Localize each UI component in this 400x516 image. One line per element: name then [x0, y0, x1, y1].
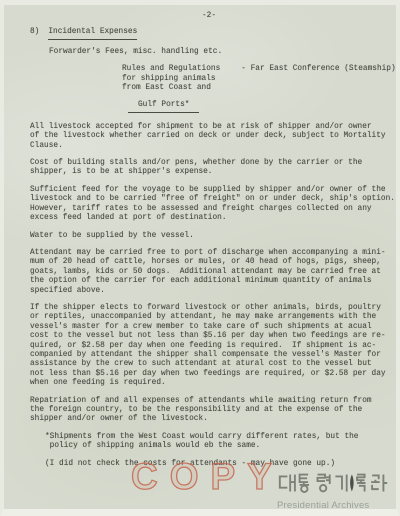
- rules-line: for shipping animals: [122, 75, 220, 84]
- rules-line: from East Coast and: [122, 84, 220, 93]
- paragraph-feed: Sufficient feed for the voyage to be sup…: [30, 186, 388, 224]
- section-title: Incidental Expenses: [48, 28, 137, 39]
- copy-stamp: COPY: [131, 458, 284, 495]
- conference-note: - Far East Conference (Steamship): [241, 65, 395, 113]
- rules-block-left: Rules and Regulations for shipping anima…: [122, 65, 220, 113]
- rules-underlined-line: Gulf Ports*: [128, 101, 199, 112]
- section-heading: 8) Incidental Expenses: [30, 28, 388, 39]
- paragraph-attendant: Attendant may be carried free to port of…: [30, 249, 388, 296]
- rules-and-regulations-block: Rules and Regulations for shipping anima…: [122, 65, 388, 113]
- presidential-archives-label: Presidential Archives: [277, 500, 393, 511]
- paragraph-livestock-risk: All livestock accepted for shipment to b…: [30, 123, 388, 151]
- paragraph-water: Water to be supplied by the vessel.: [30, 232, 388, 241]
- presidential-archives-watermark: Presidential Archives: [277, 472, 393, 511]
- paragraph-repatriation: Repatriation of and all expenses of atte…: [30, 397, 388, 425]
- paragraph-shipper-elects: If the shipper elects to forward livesto…: [30, 304, 388, 389]
- rules-line: Rules and Regulations: [122, 65, 220, 74]
- section-subtitle: Forwarder's Fees, misc. handling etc.: [49, 48, 388, 57]
- paragraph-stalls-cost: Cost of building stalls and/or pens, whe…: [30, 159, 388, 178]
- section-number: 8): [30, 28, 39, 39]
- hangul-archives-logo-icon: [277, 472, 390, 494]
- document-page: -2- 8) Incidental Expenses Forwarder's F…: [0, 0, 400, 516]
- west-coast-footnote: *Shipments from the West Coast would car…: [45, 433, 388, 452]
- page-number: -2-: [30, 12, 388, 21]
